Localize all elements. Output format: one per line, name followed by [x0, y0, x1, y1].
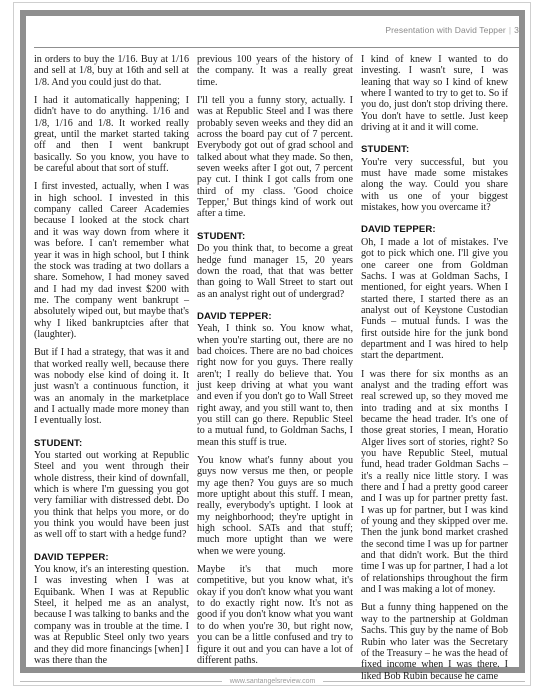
- paragraph: in orders to buy the 1/16. Buy at 1/16 a…: [34, 54, 189, 88]
- page-footer: www.santangelsreview.com: [20, 675, 525, 687]
- paragraph: I'll tell you a funny story, actually. I…: [197, 95, 353, 220]
- paragraph: You know, it's an interesting question. …: [34, 564, 189, 666]
- text-column-2: previous 100 years of the history of the…: [197, 54, 353, 673]
- footer-rule-right: [323, 681, 525, 682]
- paragraph: You know what's funny about you guys now…: [197, 455, 353, 557]
- paragraph: I had it automatically happening; I didn…: [34, 95, 189, 174]
- paragraph: I was there for six months as an analyst…: [361, 369, 508, 596]
- text-column-1: in orders to buy the 1/16. Buy at 1/16 a…: [34, 54, 189, 673]
- header-rule: [34, 47, 519, 48]
- speaker-label: STUDENT:: [197, 231, 353, 242]
- header-title: Presentation with David Tepper: [385, 25, 506, 35]
- paragraph: But if I had a strategy, that was it and…: [34, 347, 189, 426]
- paragraph: You're very successful, but you must hav…: [361, 157, 508, 214]
- paragraph: I first invested, actually, when I was i…: [34, 181, 189, 340]
- paragraph: Oh, I made a lot of mistakes. I've got t…: [361, 237, 508, 362]
- header-separator: |: [509, 25, 511, 35]
- paragraph: previous 100 years of the history of the…: [197, 54, 353, 88]
- footer-url: www.santangelsreview.com: [230, 678, 316, 685]
- speaker-label: DAVID TEPPER:: [197, 311, 353, 322]
- speaker-label: STUDENT:: [361, 144, 508, 155]
- speaker-label: DAVID TEPPER:: [34, 552, 189, 563]
- paragraph: Do you think that, to become a great hed…: [197, 243, 353, 300]
- running-header: Presentation with David Tepper|3: [385, 25, 519, 35]
- page-number: 3: [514, 25, 519, 35]
- text-column-3: I kind of knew I wanted to do investing.…: [361, 54, 508, 689]
- speaker-label: STUDENT:: [34, 438, 189, 449]
- paragraph: But a funny thing happened on the way to…: [361, 602, 508, 681]
- paragraph: I kind of knew I wanted to do investing.…: [361, 54, 508, 133]
- speaker-label: DAVID TEPPER:: [361, 224, 508, 235]
- footer-rule-left: [20, 681, 222, 682]
- paragraph: Yeah, I think so. You know what, when yo…: [197, 323, 353, 448]
- paragraph: You started out working at Republic Stee…: [34, 450, 189, 541]
- paragraph: Maybe it's that much more competitive, b…: [197, 564, 353, 666]
